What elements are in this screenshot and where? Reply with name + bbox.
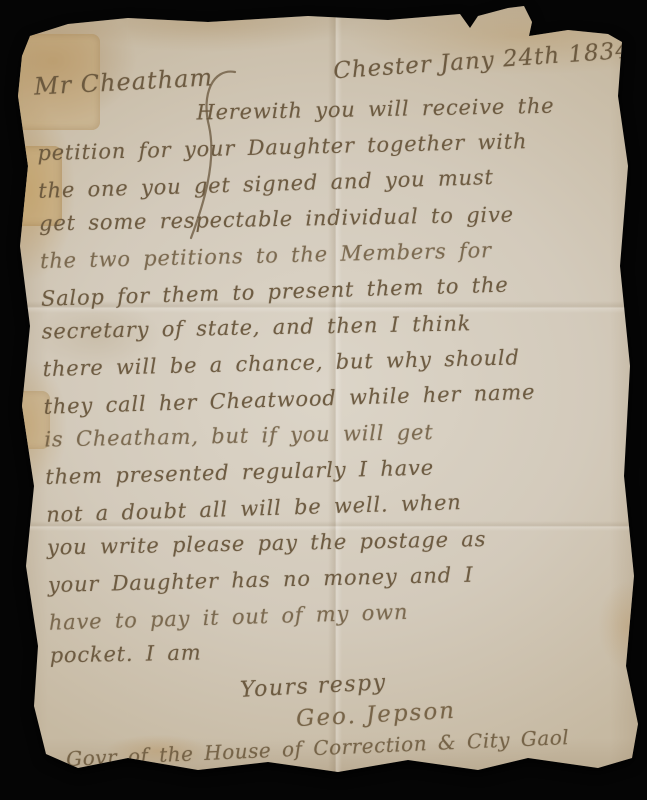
letter-signature-title: Govr of the House of Correction & City G…	[66, 725, 570, 771]
letter-signature: Geo. Jepson	[295, 698, 456, 732]
letter-photo: Chester Jany 24th 1834 Mr Cheatham Herew…	[0, 0, 647, 800]
letter-paper: Chester Jany 24th 1834 Mr Cheatham Herew…	[8, 6, 640, 778]
letter-closing: Yours respy	[239, 670, 387, 703]
letter-body: Herewith you will receive the petition f…	[36, 85, 635, 675]
letter-dateline: Chester Jany 24th 1834	[332, 38, 631, 85]
photo-background: Chester Jany 24th 1834 Mr Cheatham Herew…	[0, 0, 647, 800]
